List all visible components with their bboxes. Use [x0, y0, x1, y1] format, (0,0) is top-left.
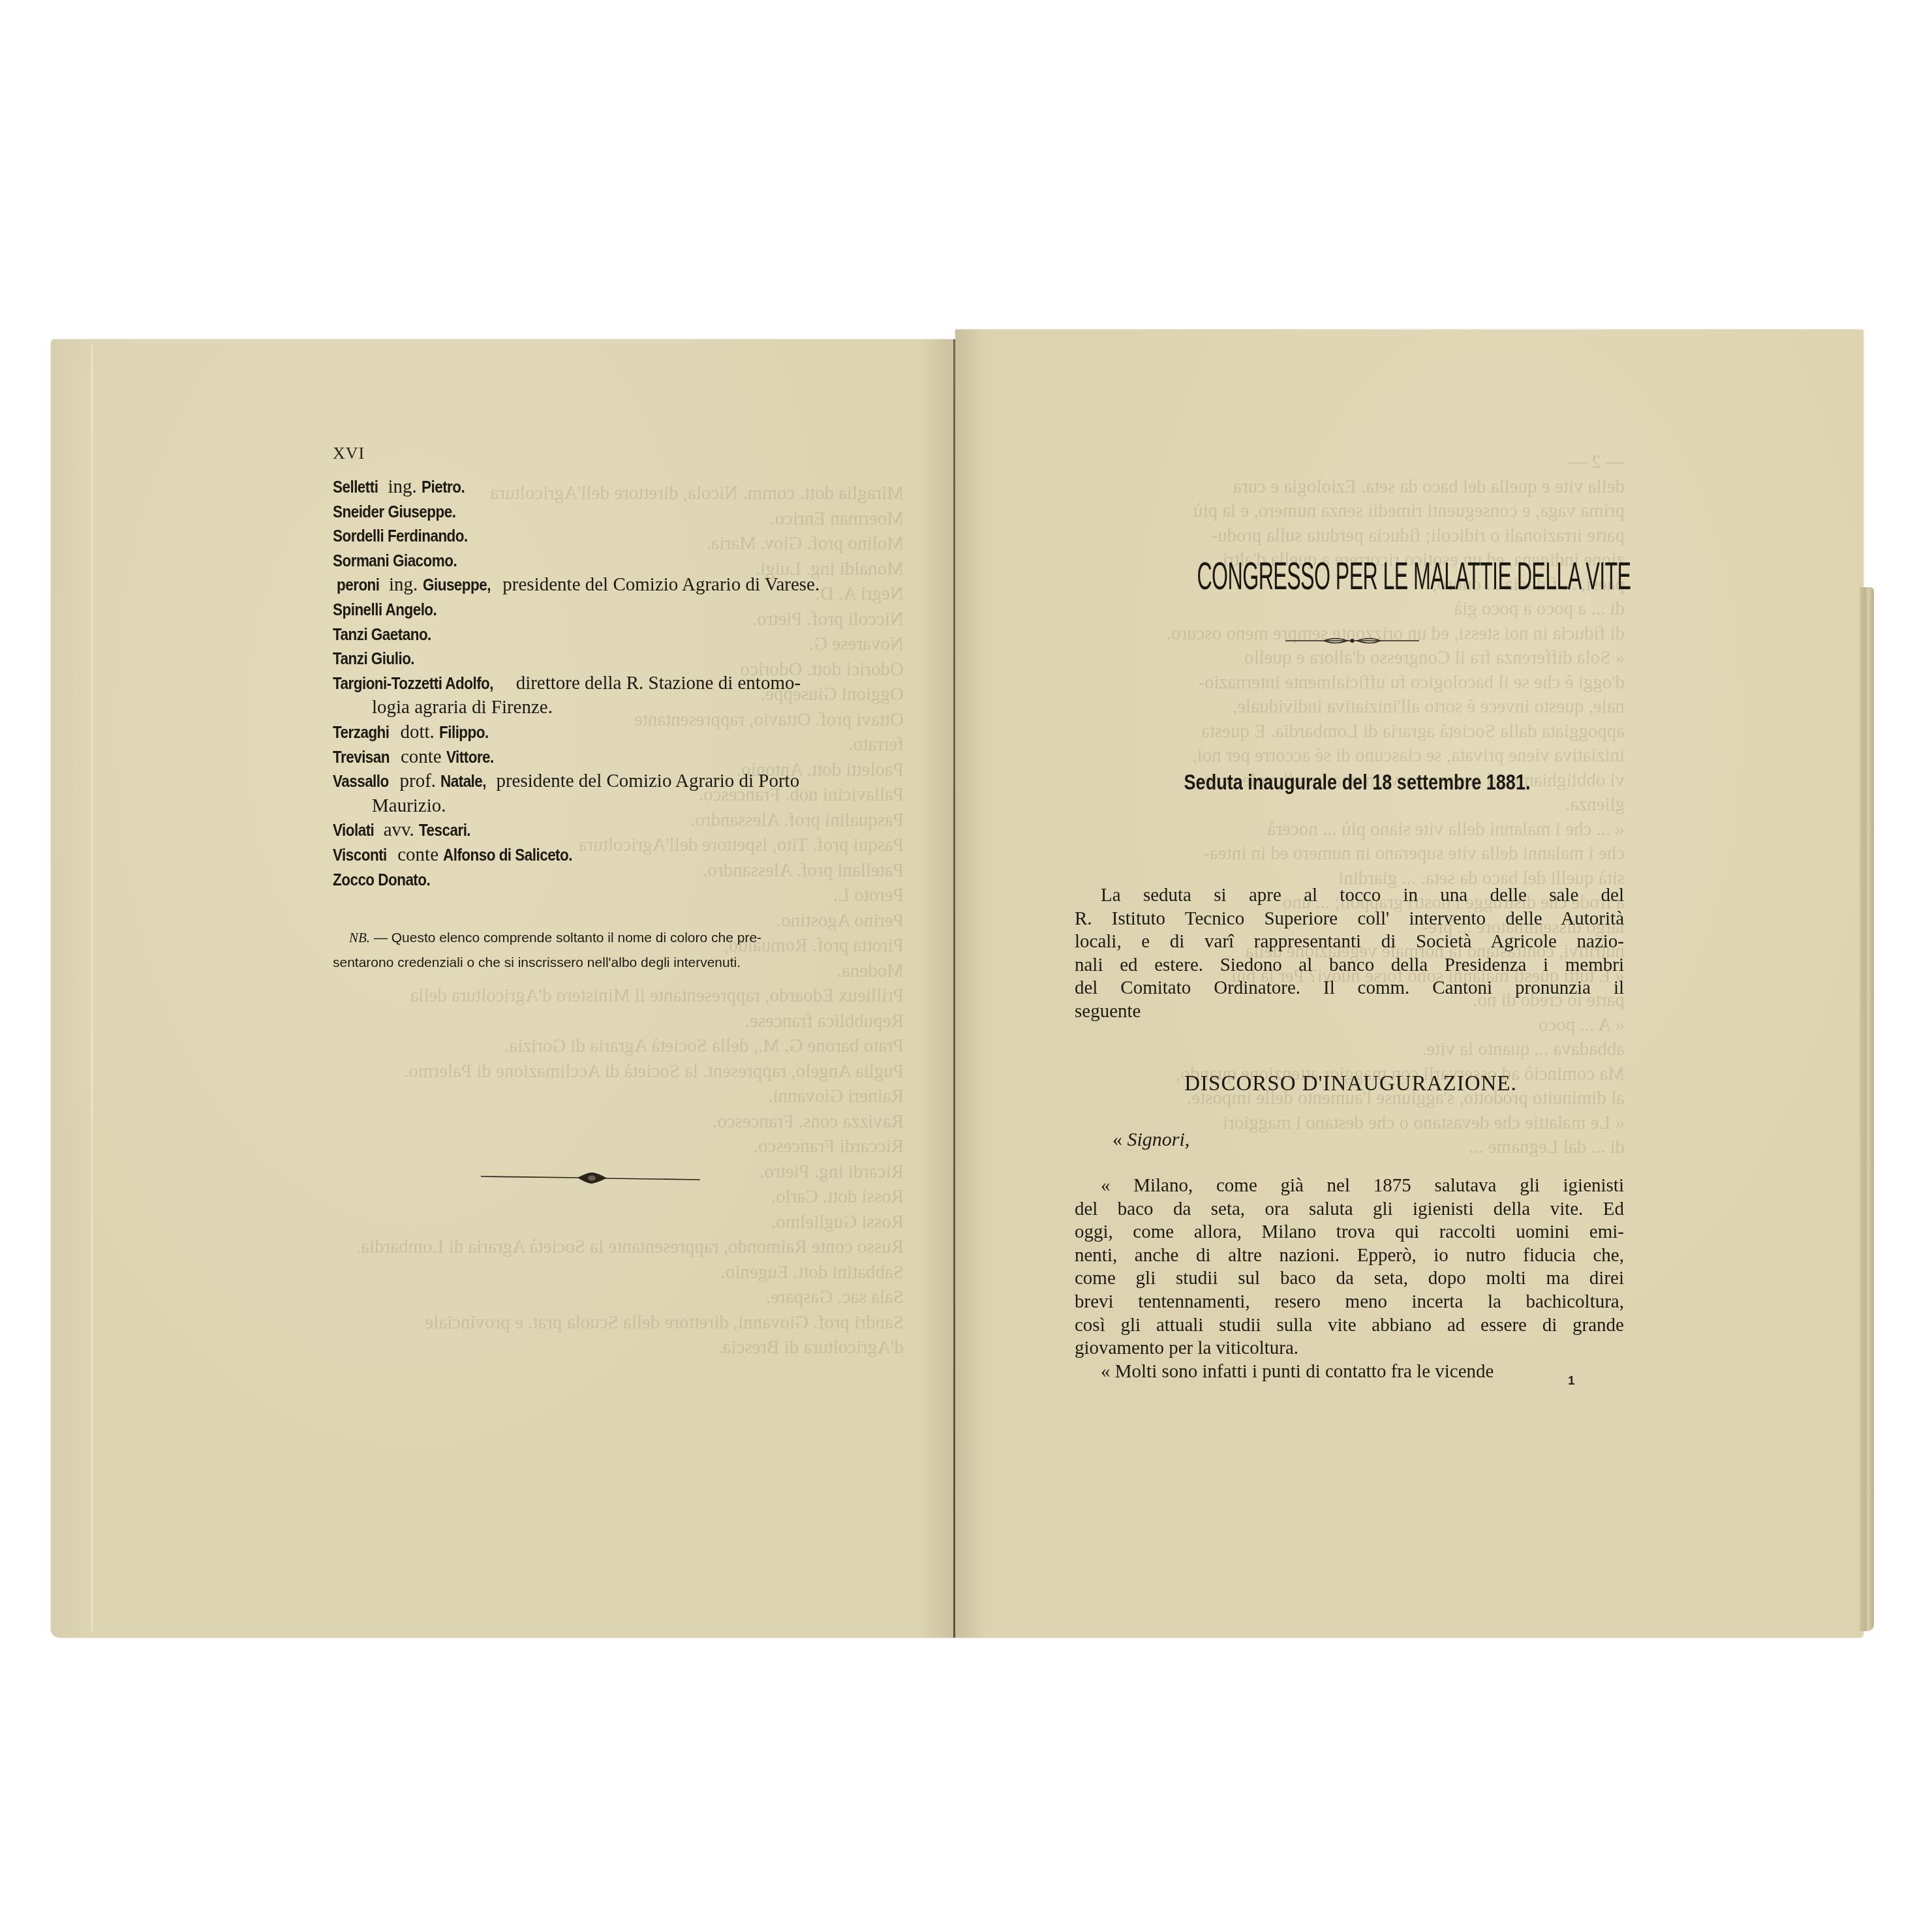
show-through-line: « Sola differenza fra il Congresso d'all…: [1077, 647, 1625, 669]
attendee-title: avv.: [378, 820, 419, 840]
attendee-entry: Tanzi Gaetano.: [333, 622, 907, 647]
salutation: « Signori,: [1112, 1129, 1189, 1151]
text-line: oggi, come allora, Milano trova qui racc…: [1075, 1221, 1624, 1244]
attendee-name: Alfonso di Saliceto.: [443, 844, 572, 868]
text-line: locali, e di varî rappresentanti di Soci…: [1075, 930, 1624, 954]
show-through-line: Sabbatini dott. Eugenio.: [297, 1262, 904, 1283]
show-through-line: d'Agricoltura di Brescia.: [297, 1337, 904, 1358]
attendee-name: Pietro.: [422, 476, 465, 500]
attendee-title: ing.: [383, 476, 422, 497]
attendee-list: Selletti ing. Pietro.Sneider Giuseppe.So…: [333, 475, 907, 892]
attendee-entry: Spinelli Angelo.: [333, 598, 907, 622]
text-line: così gli attuali studii sulla vite abbia…: [1075, 1314, 1624, 1338]
text-line: giovamento per la viticoltura.: [1075, 1337, 1624, 1360]
text-line: brevi tentennamenti, resero meno incerta…: [1075, 1291, 1624, 1314]
text-line: del baco da seta, ora saluta gli igienis…: [1075, 1198, 1624, 1221]
attendee-entry: Tanzi Giulio.: [333, 647, 907, 671]
chapter-title: CONGRESSO PER LE MALATTIE DELLA VITE: [1197, 554, 1504, 599]
attendee-name: Targioni-Tozzetti Adolfo,: [333, 672, 493, 697]
page-number-left: XVI: [333, 444, 365, 463]
intro-paragraph: La seduta si apre al tocco in una delle …: [1075, 884, 1624, 1024]
footnote: NB. — Questo elenco comprende soltanto i…: [333, 925, 900, 975]
show-through-line: Repubblica francese.: [297, 1011, 904, 1032]
text-line: R. Istituto Tecnico Superiore coll' inte…: [1075, 908, 1624, 931]
text-line: seguente: [1075, 1000, 1624, 1024]
text-line: nali ed estere. Siedono al banco della P…: [1075, 954, 1624, 977]
attendee-name: Sneider Giuseppe.: [333, 500, 455, 525]
attendee-name: Natale,: [440, 770, 486, 795]
attendee-name: Filippo.: [439, 721, 489, 746]
show-through-line: prima vaga, e conseguenti rimedii senza …: [1077, 500, 1625, 522]
show-through-line: Sala sac. Gaspare.: [297, 1287, 904, 1308]
show-through-line: Rossi Guglielmo.: [297, 1212, 904, 1233]
footnote-line-2: sentarono credenziali o che si inscrisse…: [333, 951, 900, 975]
footnote-label: NB.: [349, 930, 370, 945]
attendee-title: conte: [396, 746, 446, 767]
show-through-line: della vite e quella del baco da seta. Ez…: [1077, 476, 1625, 498]
show-through-line: Puglia Angelo, rappresent. la Società di…: [297, 1061, 904, 1082]
attendee-entry: Zocco Donato.: [333, 868, 907, 893]
attendee-name: Tescari.: [419, 819, 470, 844]
attendee-title: conte: [393, 844, 443, 865]
show-through-line: abbadava ... quanto la vite.: [1077, 1039, 1625, 1060]
show-through-line: iniziativa viene privata, se ciascuno di…: [1077, 745, 1625, 767]
attendee-name: Giuseppe,: [423, 574, 491, 598]
attendee-entry: Vassallo prof. Natale, presidente del Co…: [333, 769, 907, 794]
attendee-name: Sordelli Ferdinando.: [333, 525, 468, 549]
show-through-line: — 2 —: [1077, 452, 1625, 473]
attendee-entry: Visconti conte Alfonso di Saliceto.: [333, 843, 907, 868]
attendee-entry: Trevisan conte Vittore.: [333, 745, 907, 770]
footnote-line-1: — Questo elenco comprende soltanto il no…: [370, 930, 761, 945]
attendee-title: presidente del Comizio Agrario di Porto: [491, 771, 799, 791]
attendee-entry: Sordelli Ferdinando.: [333, 524, 907, 549]
attendee-name: Terzaghi: [333, 721, 390, 746]
show-through-line: che i malanni della vite superano in num…: [1077, 843, 1625, 865]
page-edges: [1860, 587, 1874, 1631]
attendee-name: Vittore.: [446, 746, 494, 771]
attendee-entry: Selletti ing. Pietro.: [333, 475, 907, 500]
show-through-line: nale, questo invece è sorto all'iniziati…: [1077, 696, 1625, 718]
attendee-name: Vassallo: [333, 770, 389, 795]
attendee-title: presidente del Comizio Agrario di Varese…: [498, 574, 820, 595]
attendee-title: dott.: [395, 722, 439, 743]
book-spine: [953, 339, 955, 1638]
attendee-title: ing.: [384, 574, 423, 595]
attendee-entry: Sneider Giuseppe.: [333, 500, 907, 525]
show-through-line: di ... a poco a poco già: [1077, 598, 1625, 620]
speech-heading: DISCORSO D'INAUGURAZIONE.: [1103, 1072, 1599, 1096]
session-subtitle: Seduta inaugurale del 18 settembre 1881.: [1165, 770, 1550, 795]
attendee-entry: Violati avv. Tescari.: [333, 818, 907, 843]
show-through-line: parte irrazionali o ridicoli; fiducia pe…: [1077, 525, 1625, 547]
speech-paragraph: « Milano, come già nel 1875 salutava gli…: [1075, 1174, 1624, 1383]
attendee-name: Sormani Giacomo.: [333, 549, 457, 574]
flourish-rule-ornament: [1285, 636, 1419, 645]
attendee-title: direttore della R. Stazione di entomo-: [511, 673, 801, 694]
show-through-line: Prillieux Edoardo, rappresentante il Min…: [297, 985, 904, 1007]
attendee-name: Visconti: [333, 844, 387, 868]
show-through-line: glienza.: [1077, 794, 1625, 816]
show-through-line: Raineri Giovanni.: [297, 1086, 904, 1107]
attendee-title: prof.: [395, 771, 440, 791]
attendee-entry: Sormani Giacomo.: [333, 549, 907, 574]
attendee-entry: peroni ing. Giuseppe, presidente del Com…: [333, 573, 907, 598]
attendee-entry: Targioni-Tozzetti Adolfo, direttore dell…: [333, 671, 907, 696]
text-line: « Molti sono infatti i punti di contatto…: [1075, 1360, 1624, 1384]
show-through-line: Ravizza cons. Francesco.: [297, 1111, 904, 1133]
salutation-text: Signori,: [1127, 1129, 1190, 1150]
show-through-line: Rossi dott. Carlo.: [297, 1186, 904, 1208]
show-through-line: Prato barone G. M., della Società Agrari…: [297, 1035, 904, 1057]
text-line: come gli studii sul baco da seta, dopo m…: [1075, 1267, 1624, 1291]
attendee-name: Trevisan: [333, 746, 390, 771]
attendee-entry: Maurizio.: [333, 794, 907, 819]
attendee-name: peroni: [337, 574, 380, 598]
attendee-name: Selletti: [333, 476, 378, 500]
attendee-title: logia agraria di Firenze.: [372, 697, 553, 718]
attendee-name: Tanzi Gaetano.: [333, 623, 431, 648]
salutation-mark: «: [1112, 1129, 1127, 1150]
diamond-rule-ornament: [480, 1171, 701, 1184]
show-through-line: appoggiata dalla Società agraria di Lomb…: [1077, 721, 1625, 743]
attendee-name: Zocco Donato.: [333, 868, 430, 893]
show-through-line: Riccardi Francesco.: [297, 1136, 904, 1158]
show-through-line: « ... che i malanni della vite siano più…: [1077, 819, 1625, 840]
attendee-name: Tanzi Giulio.: [333, 647, 414, 672]
text-line: La seduta si apre al tocco in una delle …: [1075, 884, 1624, 908]
signature-mark: 1: [1568, 1374, 1575, 1388]
show-through-line: d'oggi è che se il bacologico fu ufficia…: [1077, 672, 1625, 694]
text-line: del Comitato Ordinatore. Il comm. Canton…: [1075, 977, 1624, 1000]
attendee-name: Violati: [333, 819, 374, 844]
show-through-line: Sandri prof. Giovanni, direttore della S…: [297, 1312, 904, 1334]
attendee-entry: Terzaghi dott. Filippo.: [333, 720, 907, 745]
attendee-title: Maurizio.: [372, 795, 446, 816]
attendee-entry: logia agraria di Firenze.: [333, 696, 907, 720]
show-through-line: Russo conte Raimondo, rappresentante la …: [297, 1236, 904, 1258]
text-line: « Milano, come già nel 1875 salutava gli…: [1075, 1174, 1624, 1198]
text-line: nenti, anche di altre nazioni. Epperò, i…: [1075, 1244, 1624, 1268]
attendee-name: Spinelli Angelo.: [333, 598, 437, 623]
